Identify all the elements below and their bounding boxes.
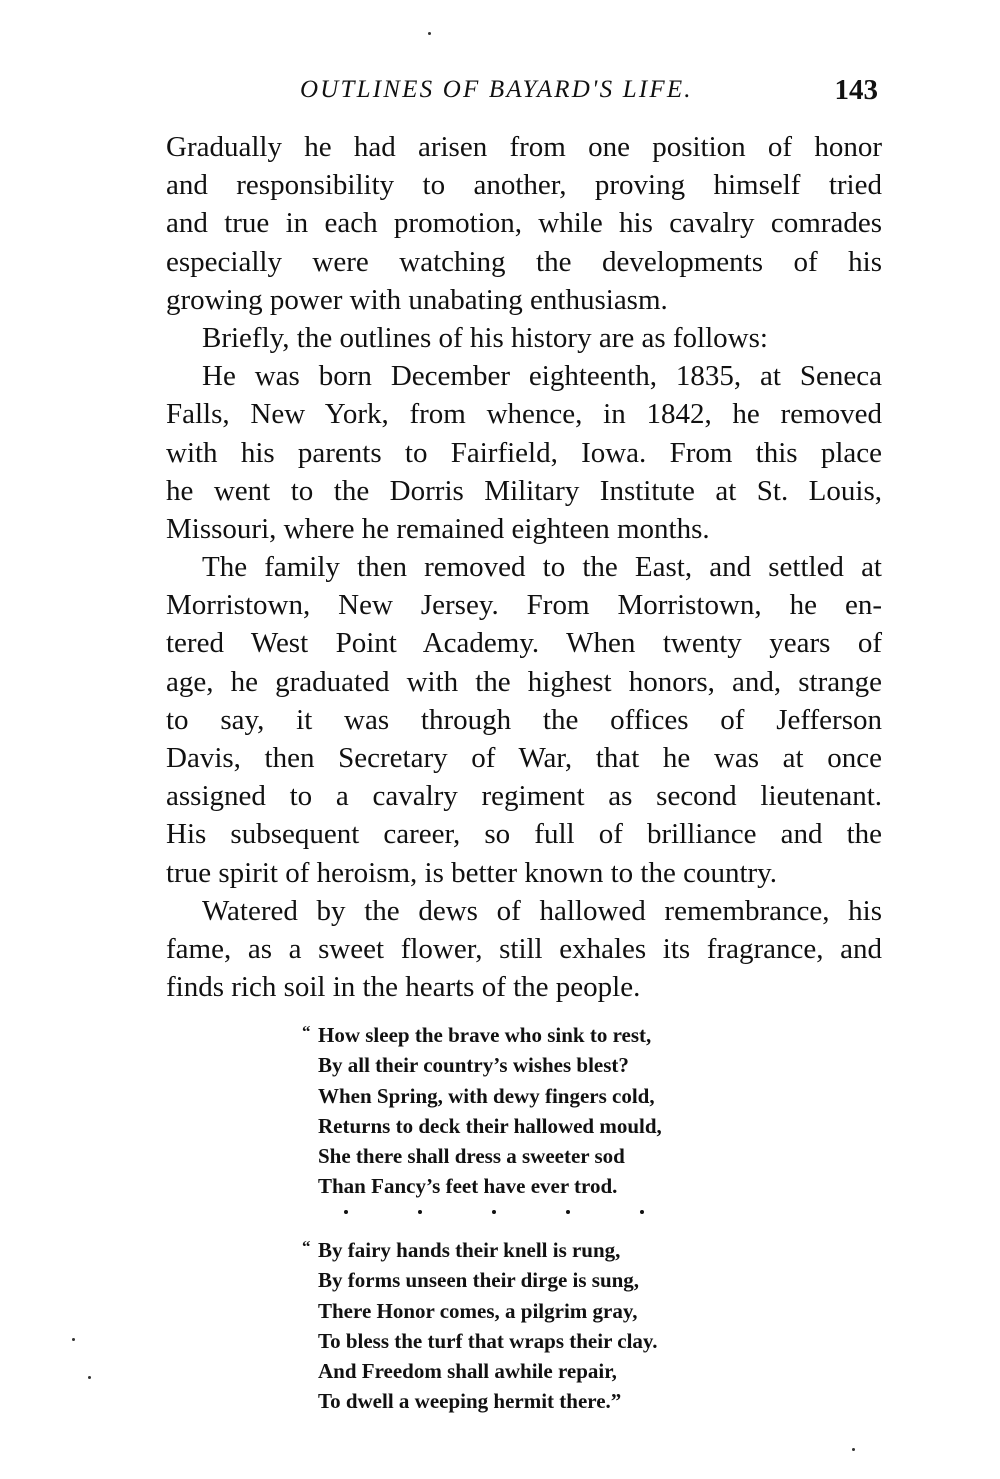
text-line: he went to the Dorris Military Institute…	[166, 472, 882, 510]
stanza-ellipsis	[344, 1210, 644, 1222]
text-line: tered West Point Academy. When twenty ye…	[166, 624, 882, 662]
running-head: OUTLINES OF BAYARD'S LIFE. 143	[300, 72, 880, 108]
scan-speck	[852, 1448, 855, 1451]
verse-line: Than Fancy’s feet have ever trod.	[302, 1171, 742, 1201]
text-line: age, he graduated with the highest honor…	[166, 663, 882, 701]
ellipsis-dot	[640, 1210, 644, 1214]
text-line: especially were watching the development…	[166, 243, 882, 281]
text-line: His subsequent career, so full of brilli…	[166, 815, 882, 853]
ellipsis-dot	[418, 1210, 422, 1214]
scan-speck	[72, 1338, 75, 1341]
ellipsis-dot	[566, 1210, 570, 1214]
text-line: The family then removed to the East, and…	[166, 548, 882, 586]
text-line: Watered by the dews of hallowed remembra…	[166, 892, 882, 930]
verse-line: There Honor comes, a pilgrim gray,	[302, 1296, 742, 1326]
scan-speck	[428, 32, 431, 35]
ellipsis-dot	[344, 1210, 348, 1214]
verse-line: When Spring, with dewy fingers cold,	[302, 1081, 742, 1111]
text-line: true spirit of heroism, is better known …	[166, 854, 882, 892]
text-line: to say, it was through the offices of Je…	[166, 701, 882, 739]
verse-line: She there shall dress a sweeter sod	[302, 1141, 742, 1171]
verse-line: And Freedom shall awhile repair,	[302, 1356, 742, 1386]
verse-line: “How sleep the brave who sink to rest,	[302, 1020, 742, 1050]
running-title: OUTLINES OF BAYARD'S LIFE.	[300, 72, 693, 108]
verse-line: Returns to deck their hallowed mould,	[302, 1111, 742, 1141]
page-number: 143	[835, 72, 879, 108]
text-line: and responsibility to another, proving h…	[166, 166, 882, 204]
text-line: Missouri, where he remained eighteen mon…	[166, 510, 882, 548]
text-line: growing power with unabating enthusiasm.	[166, 281, 882, 319]
verse-line: To dwell a weeping hermit there.”	[302, 1386, 742, 1416]
scan-speck	[88, 1376, 91, 1379]
poem-stanza-2: “By fairy hands their knell is rung, By …	[302, 1235, 742, 1417]
text-line: Davis, then Secretary of War, that he wa…	[166, 739, 882, 777]
text-line: Briefly, the outlines of his history are…	[166, 319, 882, 357]
text-line: finds rich soil in the hearts of the peo…	[166, 968, 882, 1006]
verse-line: To bless the turf that wraps their clay.	[302, 1326, 742, 1356]
verse-line: By forms unseen their dirge is sung,	[302, 1265, 742, 1295]
verse-line: “By fairy hands their knell is rung,	[302, 1235, 742, 1265]
open-quote: “	[302, 1017, 311, 1047]
body-text: Gradually he had arisen from one positio…	[166, 128, 882, 1006]
text-line: Falls, New York, from whence, in 1842, h…	[166, 395, 882, 433]
open-quote: “	[302, 1232, 311, 1262]
text-line: Morristown, New Jersey. From Morristown,…	[166, 586, 882, 624]
text-line: He was born December eighteenth, 1835, a…	[166, 357, 882, 395]
poem-stanza-1: “How sleep the brave who sink to rest, B…	[302, 1020, 742, 1202]
text-line: with his parents to Fairfield, Iowa. Fro…	[166, 434, 882, 472]
text-line: assigned to a cavalry regiment as second…	[166, 777, 882, 815]
text-line: and true in each promotion, while his ca…	[166, 204, 882, 242]
text-line: Gradually he had arisen from one positio…	[166, 128, 882, 166]
verse-line: By all their country’s wishes blest?	[302, 1050, 742, 1080]
book-page: OUTLINES OF BAYARD'S LIFE. 143 Gradually…	[0, 0, 1000, 1479]
text-line: fame, as a sweet flower, still exhales i…	[166, 930, 882, 968]
ellipsis-dot	[492, 1210, 496, 1214]
